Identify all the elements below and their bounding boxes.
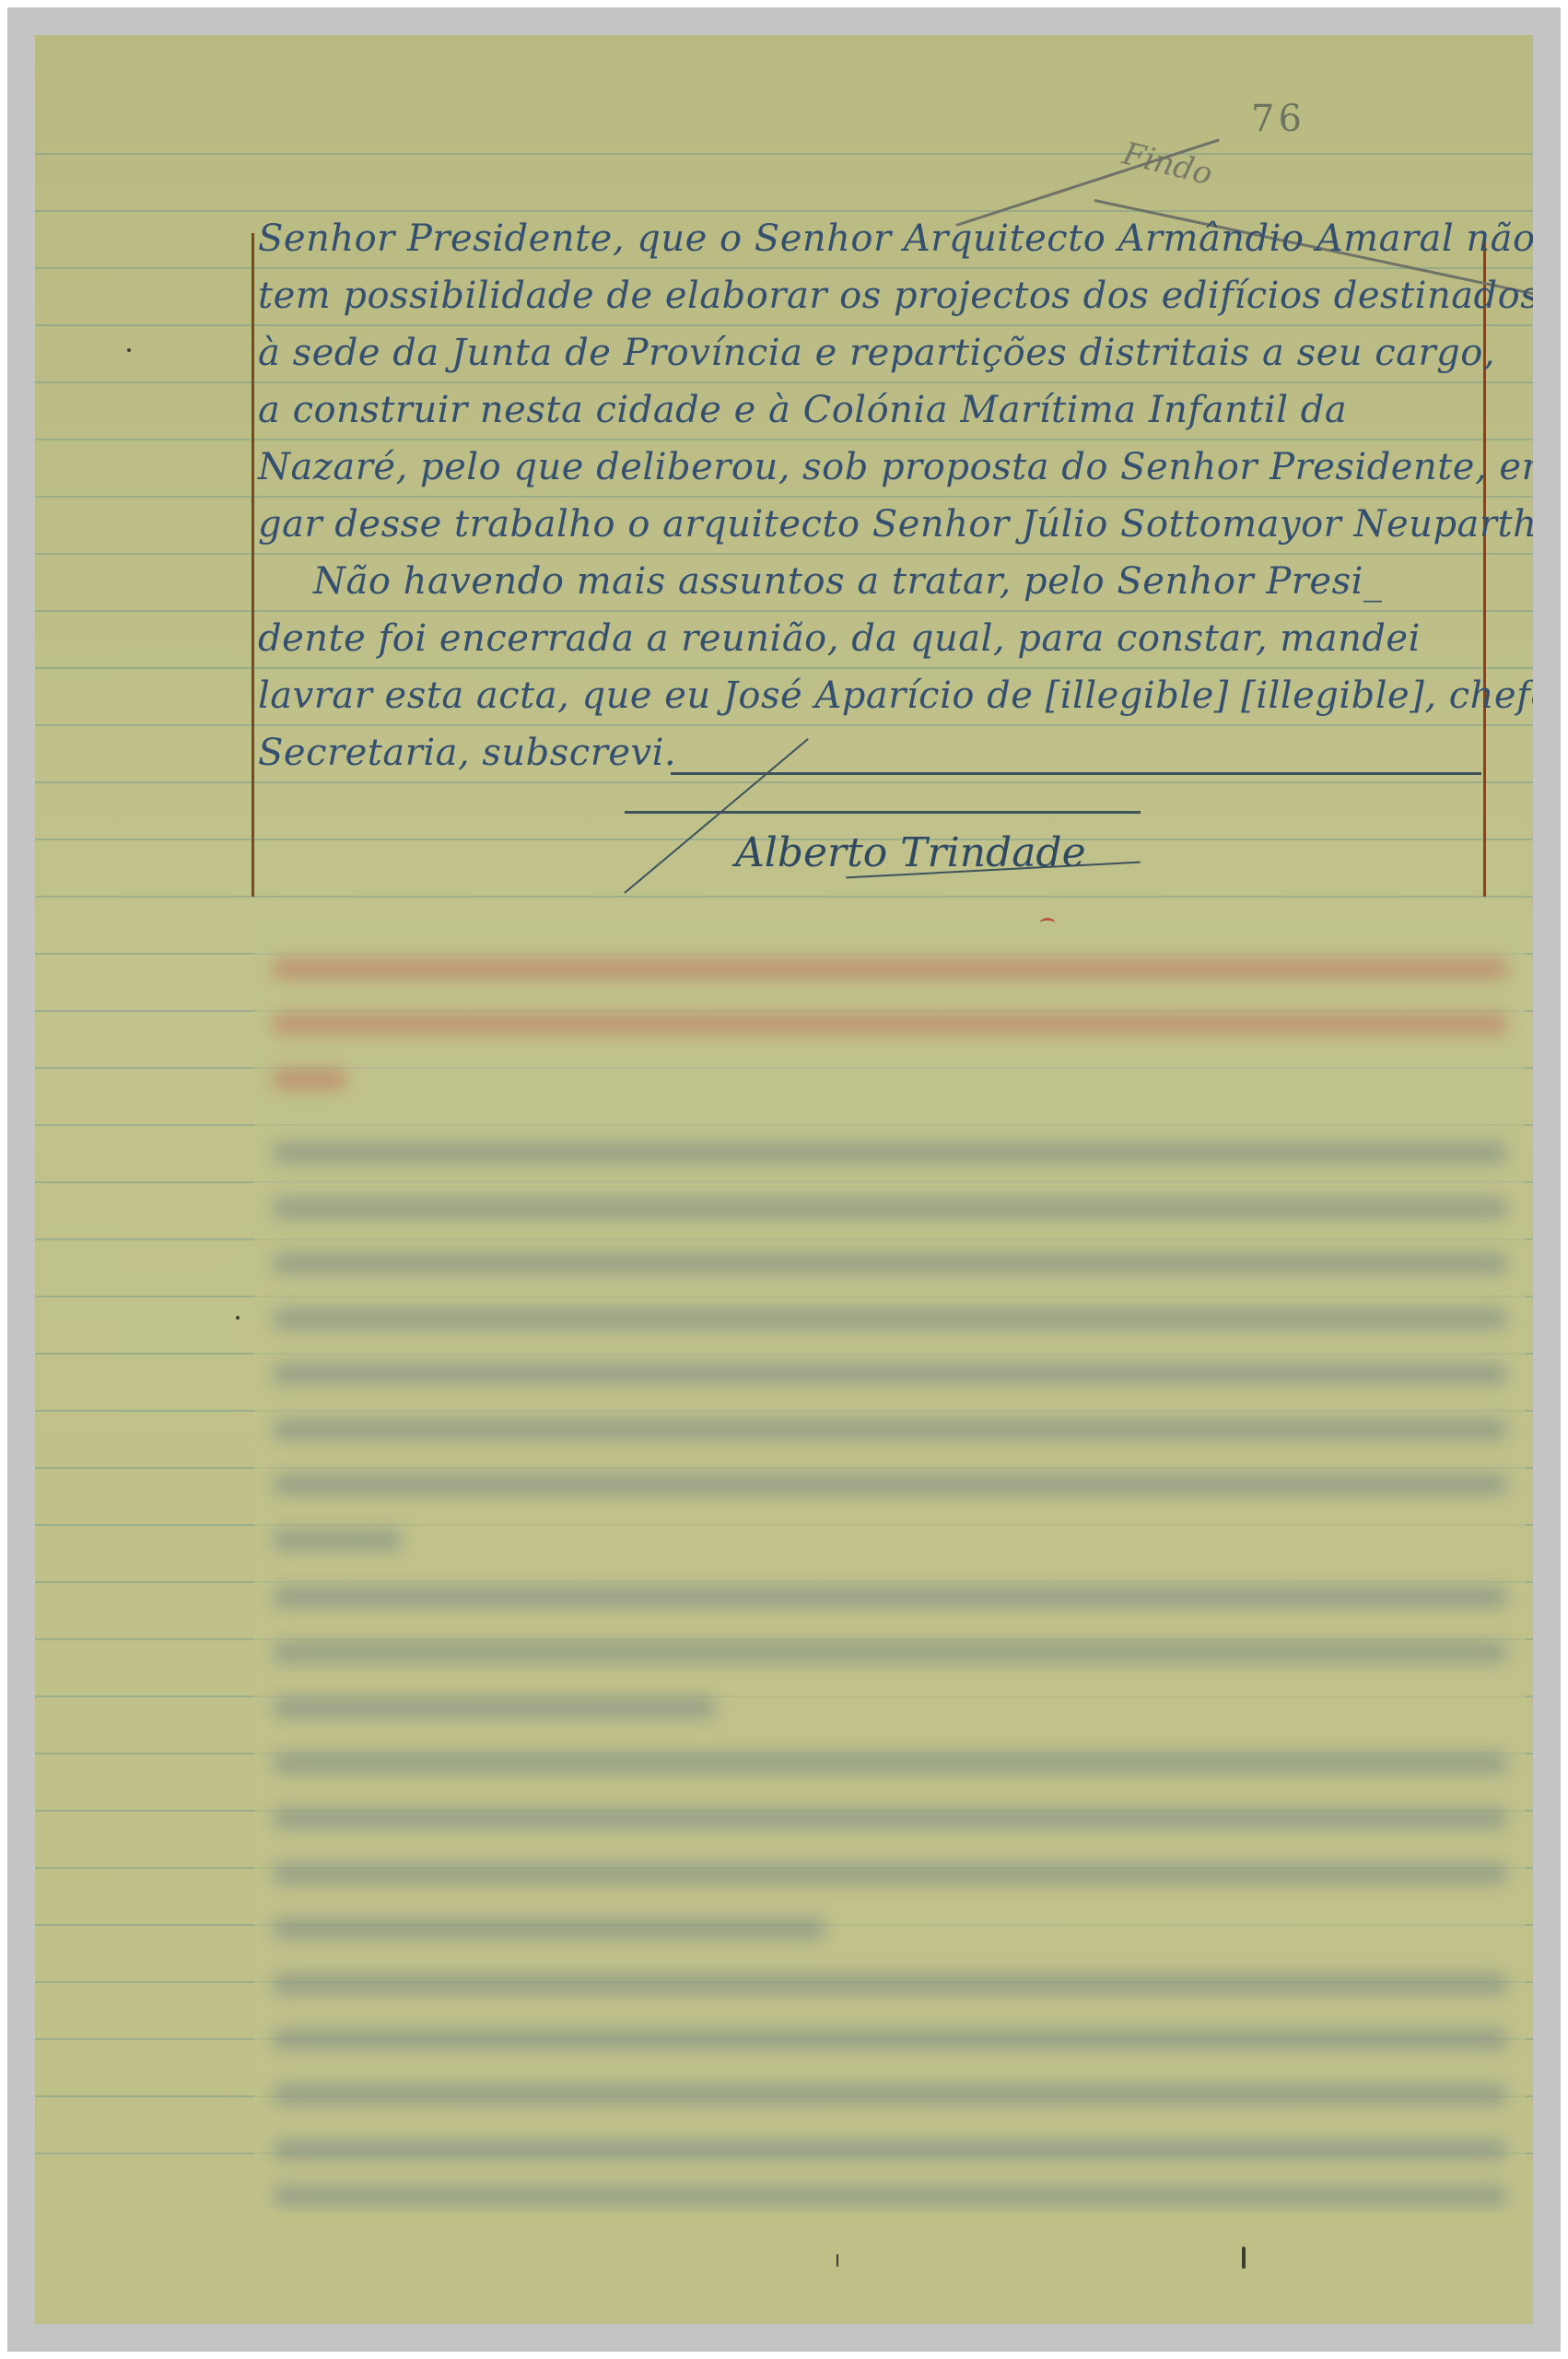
ruled-line: [35, 153, 1533, 155]
blurred-text-line: [273, 1642, 1507, 1662]
blurred-text-line: [273, 2084, 1507, 2105]
text-line-4: a construir nesta cidade e à Colónia Mar…: [258, 389, 1483, 431]
blurred-text-line: [273, 1697, 715, 1718]
text-line-9: lavrar esta acta, que eu José Aparício d…: [258, 675, 1483, 717]
blurred-text-line: [273, 2186, 1507, 2206]
blurred-text-line: [273, 1808, 1507, 1828]
ink-speck: [837, 2254, 838, 2267]
blurred-text-line: [273, 1419, 1507, 1439]
blurred-text-line: [273, 2140, 1507, 2160]
ink-speck: [127, 348, 131, 352]
blurred-text-line: [273, 2029, 1507, 2049]
redacted-section-2: [254, 1568, 1526, 2213]
blurred-text-line: [273, 1753, 1507, 1773]
text-line-3: à sede da Junta de Província e repartiçõ…: [258, 332, 1483, 374]
blurred-text-line: [273, 1253, 1507, 1273]
ruled-line: [35, 610, 1533, 612]
ruled-line: [35, 324, 1533, 326]
text-line-10: Secretaria, subscrevi.: [258, 732, 1483, 774]
blurred-text-line: [273, 1474, 1507, 1495]
ink-speck: [236, 1316, 240, 1320]
blurred-text-line: [273, 1143, 1507, 1163]
ledger-page: 76 Findo Senhor Presidente, que o Senhor…: [35, 35, 1533, 2324]
ruled-line: [35, 381, 1533, 383]
text-line-2: tem possibilidade de elaborar os project…: [258, 275, 1483, 317]
blurred-text-line: [273, 1309, 1507, 1329]
blurred-red-heading-line: [273, 1014, 1507, 1034]
left-margin-rule: [252, 233, 254, 897]
text-line-6: gar desse trabalho o arquitecto Senhor J…: [258, 503, 1483, 546]
scan-frame: 76 Findo Senhor Presidente, que o Senhor…: [7, 7, 1561, 2352]
blurred-text-line: [273, 1919, 825, 1939]
ruled-line: [35, 724, 1533, 726]
ruled-line: [35, 439, 1533, 440]
ruled-line: [35, 781, 1533, 783]
blurred-text-line: [273, 1530, 402, 1550]
blurred-text-line: [273, 1863, 1507, 1884]
blurred-red-heading-line: [273, 958, 1507, 979]
ruled-line: [35, 553, 1533, 555]
text-line-1: Senhor Presidente, que o Senhor Arquitec…: [258, 217, 1483, 260]
text-line-7: Não havendo mais assuntos a tratar, pelo…: [258, 560, 1483, 603]
signature-underline: [625, 811, 1141, 814]
text-line-5: Nazaré, pelo que deliberou, sob proposta…: [258, 446, 1483, 488]
closing-line: [671, 772, 1481, 775]
page-number: 76: [1251, 98, 1305, 140]
blurred-text-line: [273, 1587, 1507, 1607]
ruled-line: [35, 267, 1533, 269]
ruled-line: [35, 496, 1533, 498]
ruled-line: [35, 896, 1533, 898]
ruled-line: [35, 667, 1533, 669]
redacted-section-1: [254, 921, 1526, 1567]
ruled-line: [35, 210, 1533, 212]
blurred-text-line: [273, 1198, 1507, 1218]
blurred-text-line: [273, 1364, 1507, 1384]
blurred-red-heading-line: [273, 1069, 346, 1089]
text-line-8: dente foi encerrada a reunião, da qual, …: [258, 617, 1483, 660]
signature: Alberto Trindade: [735, 829, 1086, 876]
blurred-text-line: [273, 1974, 1507, 1994]
ink-speck: [1242, 2247, 1246, 2269]
